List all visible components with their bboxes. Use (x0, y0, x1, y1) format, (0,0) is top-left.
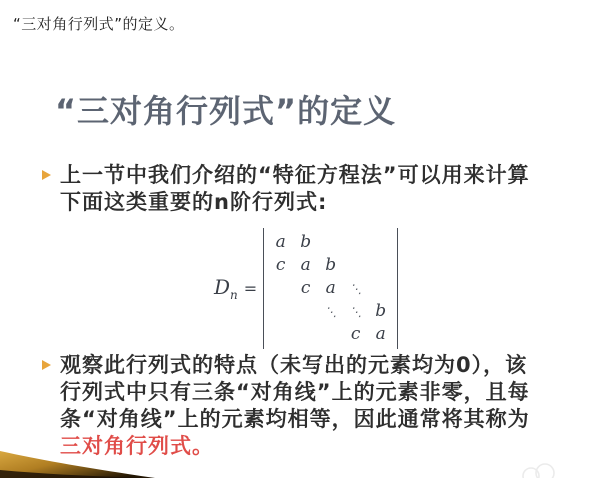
gold-swoosh-decoration (0, 448, 155, 478)
matrix-cell (343, 231, 368, 254)
page-header-text: “三对角行列式”的定义。 (13, 13, 185, 34)
slide-title: “三对角行列式”的定义 (55, 86, 396, 132)
bullet-1-line-2: 下面这类重要的n阶行列式: (60, 189, 530, 216)
matrix-cell (343, 254, 368, 277)
matrix-cell (368, 254, 393, 277)
matrix-cell (318, 323, 343, 346)
matrix-cell (318, 231, 343, 254)
matrix-cell (293, 300, 318, 323)
matrix-cell: c (268, 254, 293, 277)
bullet-2-text: 观察此行列式的特点（未写出的元素均为0），该 行列式中只有三条“对角线”上的元素… (60, 352, 530, 460)
equals-sign: = (244, 279, 257, 298)
bullet-2-line-3: 条“对角线”上的元素均相等，因此通常将其称为 (60, 406, 530, 433)
matrix-cell (293, 323, 318, 346)
matrix-cell: a (268, 231, 293, 254)
matrix-cell: a (318, 277, 343, 300)
bullet-item-2: 观察此行列式的特点（未写出的元素均为0），该 行列式中只有三条“对角线”上的元素… (42, 352, 530, 460)
bullet-1-text: 上一节中我们介绍的“特征方程法”可以用来计算 下面这类重要的n阶行列式: (60, 162, 530, 216)
bullet-triangle-icon (42, 170, 51, 180)
bullet-1-line-1: 上一节中我们介绍的“特征方程法”可以用来计算 (60, 162, 530, 189)
diagonal-dots: ⋱ (343, 277, 368, 300)
matrix-cell: a (293, 254, 318, 277)
matrix-cell: c (343, 323, 368, 346)
matrix-cell (368, 277, 393, 300)
matrix-cell: b (368, 300, 393, 323)
determinant-matrix: a b c a b c a ⋱ ⋱ ⋱ b c a (263, 228, 398, 349)
formula-lhs: Dn (214, 275, 238, 302)
diagonal-dots: ⋱ (343, 300, 368, 323)
matrix-cell: a (368, 323, 393, 346)
bullet-triangle-icon (42, 360, 51, 370)
formula-d: D (214, 275, 230, 299)
bullet-item-1: 上一节中我们介绍的“特征方程法”可以用来计算 下面这类重要的n阶行列式: (42, 162, 530, 216)
bullet-2-line-1: 观察此行列式的特点（未写出的元素均为0），该 (60, 352, 530, 379)
formula-subscript-n: n (230, 288, 238, 302)
matrix-cell: c (293, 277, 318, 300)
bullet-2-line-2: 行列式中只有三条“对角线”上的元素非零，且每 (60, 379, 530, 406)
matrix-cell (268, 300, 293, 323)
page: “三对角行列式”的定义。 “三对角行列式”的定义 上一节中我们介绍的“特征方程法… (0, 0, 610, 478)
matrix-cell: b (293, 231, 318, 254)
faint-circles-logo-icon (516, 463, 562, 478)
matrix-cell (268, 277, 293, 300)
matrix-cell (368, 231, 393, 254)
matrix-cell: b (318, 254, 343, 277)
determinant-formula: Dn = a b c a b c a ⋱ ⋱ ⋱ b c (214, 228, 398, 349)
diagonal-dots: ⋱ (318, 300, 343, 323)
matrix-cell (268, 323, 293, 346)
